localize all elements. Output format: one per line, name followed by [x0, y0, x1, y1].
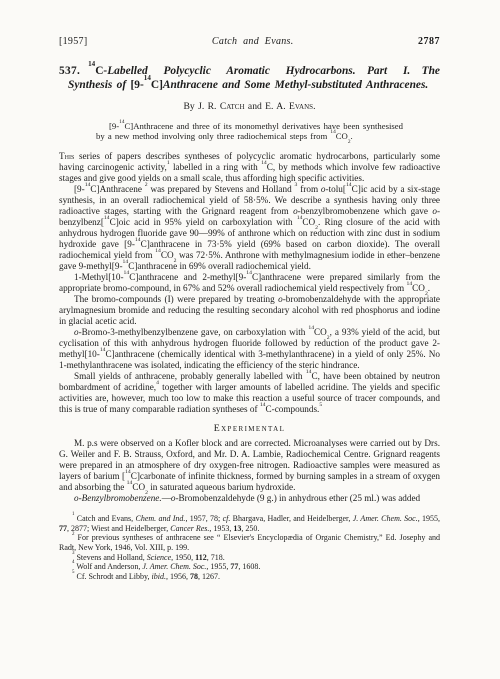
page-number: 2787 — [418, 36, 440, 47]
article-title-text: 14C-Labelled Polycyclic Aromatic Hydroca… — [68, 65, 440, 91]
article-body: This series of papers describes synthese… — [59, 151, 440, 415]
article-number: 537. — [59, 65, 80, 77]
running-head: [1957] Catch and Evans. 2787 — [59, 36, 440, 47]
body-paragraph-6: Small yields of anthracene, probably gen… — [59, 371, 440, 415]
body-paragraph-5: o-Bromo-3-methylbenzylbenzene gave, on c… — [59, 327, 440, 371]
footnote-3: 3 Stevens and Holland, Science, 1950, 11… — [59, 553, 440, 563]
experimental-paragraph-2: o-Benzylbromobenzene.—o-Bromobenzaldehyd… — [59, 493, 440, 504]
abstract: [9-14C]Anthracene and three of its monom… — [96, 121, 403, 141]
footnote-2: 2 For previous syntheses of anthracene s… — [59, 533, 440, 552]
footnote-1: 1 Catch and Evans, Chem. and Ind., 1957,… — [59, 514, 440, 533]
body-paragraph-1: This series of papers describes synthese… — [59, 151, 440, 184]
experimental-section: M. p.s were observed on a Kofler block a… — [59, 438, 440, 504]
article-title: 537.14C-Labelled Polycyclic Aromatic Hyd… — [59, 65, 440, 92]
journal-page: [1957] Catch and Evans. 2787 537.14C-Lab… — [0, 0, 500, 679]
footnote-4: 4 Wolf and Anderson, J. Amer. Chem. Soc.… — [59, 562, 440, 572]
footnote-5: 5 Cf. Schrodt and Libby, ibid., 1956, 78… — [59, 572, 440, 582]
body-paragraph-3: 1-Methyl[10-14C]anthracene and 2-methyl[… — [59, 272, 440, 294]
footnotes: 1 Catch and Evans, Chem. and Ind., 1957,… — [59, 514, 440, 581]
body-paragraph-2: [9-14C]Anthracene 2 was prepared by Stev… — [59, 184, 440, 272]
experimental-paragraph-1: M. p.s were observed on a Kofler block a… — [59, 438, 440, 493]
experimental-heading: Experimental — [59, 423, 440, 434]
body-paragraph-4: The bromo-compounds (I) were prepared by… — [59, 294, 440, 327]
journal-year: [1957] — [59, 36, 87, 47]
byline: By J. R. Catch and E. A. Evans. — [59, 101, 440, 112]
running-title: Catch and Evans. — [212, 36, 294, 47]
